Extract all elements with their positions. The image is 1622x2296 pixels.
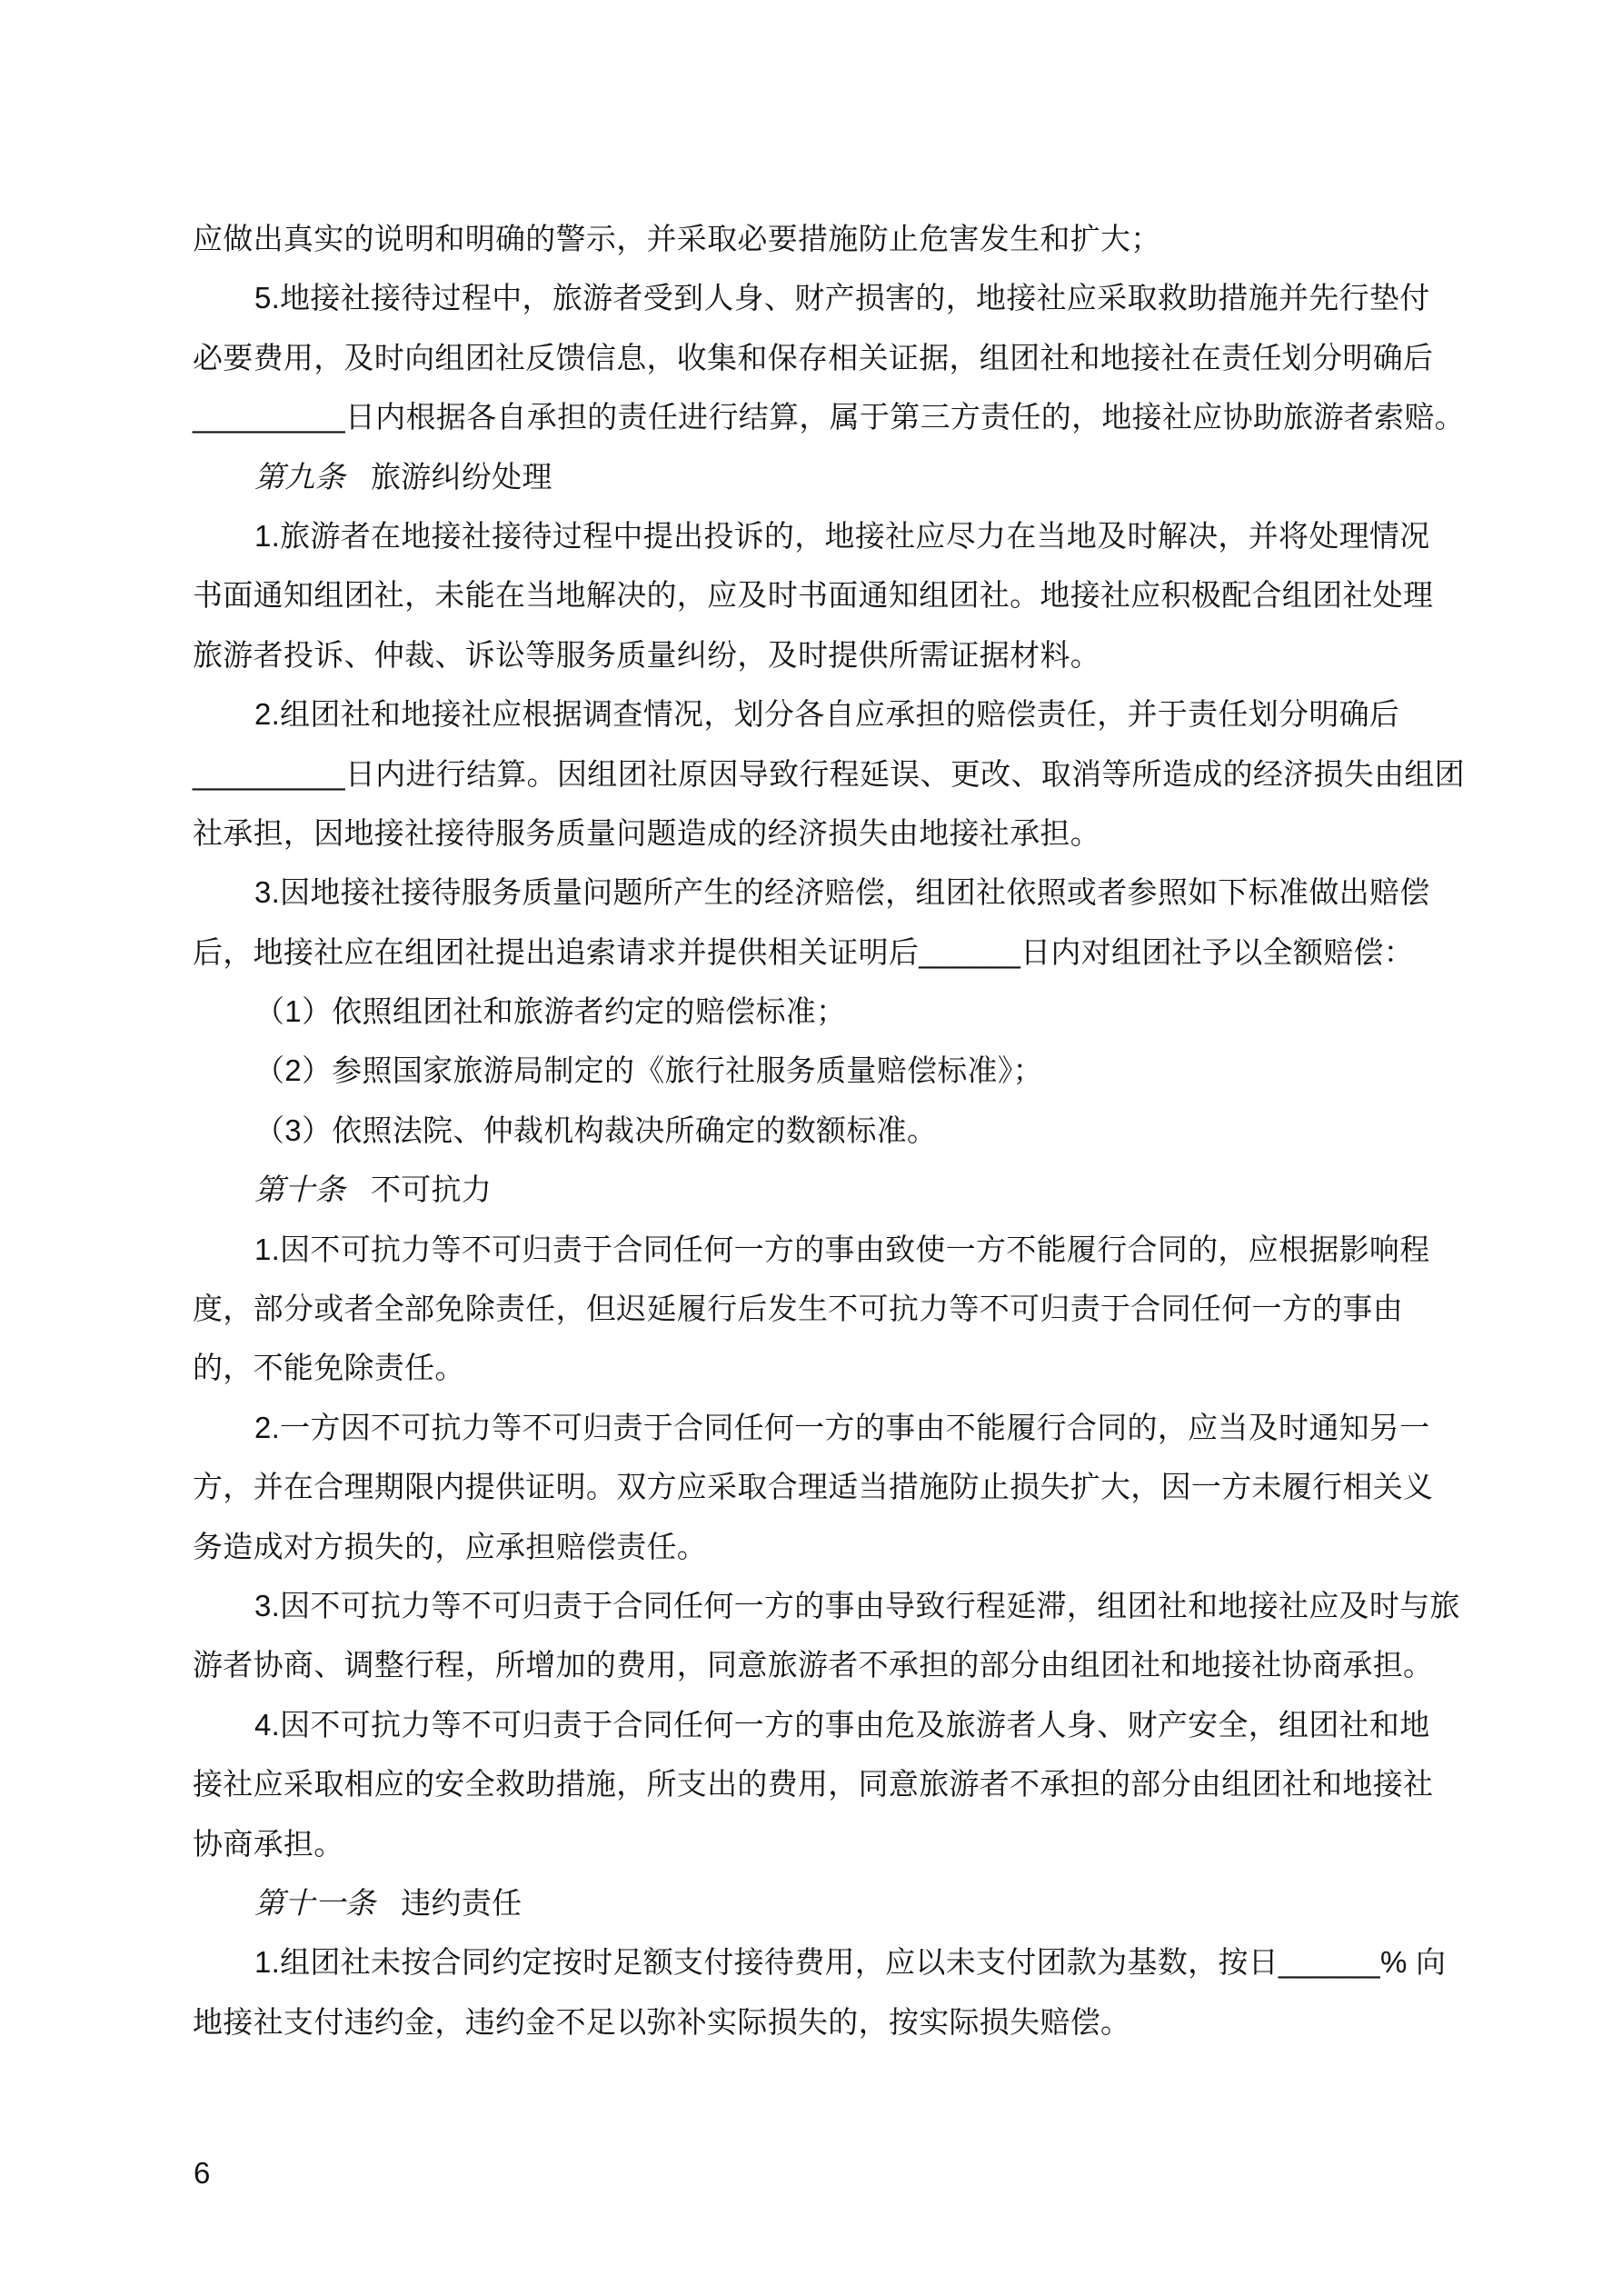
document-line: 2.组团社和地接社应根据调查情况，划分各自应承担的赔偿责任，并于责任划分明确后 [193, 684, 1433, 744]
document-line: （2）参照国家旅游局制定的《旅行社服务质量赔偿标准》； [193, 1041, 1433, 1100]
document-line: 方，并在合理期限内提供证明。双方应采取合理适当措施防止损失扩大，因一方未履行相关… [193, 1457, 1433, 1516]
document-line: 旅游者投诉、仲裁、诉讼等服务质量纠纷，及时提供所需证据材料。 [193, 625, 1433, 684]
document-line: 社承担，因地接社接待服务质量问题造成的经济损失由地接社承担。 [193, 804, 1433, 863]
article-heading: 第十条不可抗力 [193, 1160, 1433, 1219]
article-number: 第十一条 [254, 1886, 375, 1920]
document-body: 应做出真实的说明和明确的警示，并采取必要措施防止危害发生和扩大；5.地接社接待过… [193, 209, 1433, 2051]
document-line: 1.旅游者在地接社接待过程中提出投诉的，地接社应尽力在当地及时解决，并将处理情况 [193, 506, 1433, 565]
article-number: 第十条 [254, 1173, 345, 1206]
document-line: 必要费用，及时向组团社反馈信息，收集和保存相关证据，组团社和地接社在责任划分明确… [193, 328, 1433, 387]
document-line: 1.因不可抗力等不可归责于合同任何一方的事由致使一方不能履行合同的，应根据影响程 [193, 1220, 1433, 1279]
document-line: 5.地接社接待过程中，旅游者受到人身、财产损害的，地接社应采取救助措施并先行垫付 [193, 268, 1433, 327]
document-line: （1）依照组团社和旅游者约定的赔偿标准； [193, 982, 1433, 1041]
document-line: 3.因地接社接待服务质量问题所产生的经济赔偿，组团社依照或者参照如下标准做出赔偿 [193, 863, 1433, 922]
article-title: 违约责任 [401, 1886, 522, 1920]
page-number: 6 [194, 2143, 210, 2202]
document-line: 2.一方因不可抗力等不可归责于合同任何一方的事由不能履行合同的，应当及时通知另一 [193, 1398, 1433, 1457]
document-line: 度，部分或者全部免除责任，但迟延履行后发生不可抗力等不可归责于合同任何一方的事由 [193, 1279, 1433, 1338]
article-heading: 第九条旅游纠纷处理 [193, 447, 1433, 506]
document-line: 务造成对方损失的，应承担赔偿责任。 [193, 1517, 1433, 1576]
document-line: 后，地接社应在组团社提出追索请求并提供相关证明后______日内对组团社予以全额… [193, 923, 1433, 982]
article-title: 不可抗力 [371, 1173, 492, 1206]
document-line: _________日内进行结算。因组团社原因导致行程延误、更改、取消等所造成的经… [193, 744, 1433, 804]
document-line: 游者协商、调整行程，所增加的费用，同意旅游者不承担的部分由组团社和地接社协商承担… [193, 1635, 1433, 1694]
document-line: 协商承担。 [193, 1814, 1433, 1873]
document-line: （3）依照法院、仲裁机构裁决所确定的数额标准。 [193, 1101, 1433, 1160]
article-number: 第九条 [254, 460, 345, 494]
document-line: 1.组团社未按合同约定按时足额支付接待费用，应以未支付团款为基数，按日_____… [193, 1932, 1433, 1992]
document-line: 地接社支付违约金，违约金不足以弥补实际损失的，按实际损失赔偿。 [193, 1992, 1433, 2051]
article-title: 旅游纠纷处理 [371, 460, 552, 494]
article-heading: 第十一条违约责任 [193, 1873, 1433, 1932]
document-line: 3.因不可抗力等不可归责于合同任何一方的事由导致行程延滞，组团社和地接社应及时与… [193, 1576, 1433, 1635]
document-line: 书面通知组团社，未能在当地解决的，应及时书面通知组团社。地接社应积极配合组团社处… [193, 565, 1433, 624]
document-line: 的，不能免除责任。 [193, 1338, 1433, 1397]
document-line: 应做出真实的说明和明确的警示，并采取必要措施防止危害发生和扩大； [193, 209, 1433, 268]
document-line: 4.因不可抗力等不可归责于合同任何一方的事由危及旅游者人身、财产安全，组团社和地 [193, 1695, 1433, 1754]
document-line: _________日内根据各自承担的责任进行结算，属于第三方责任的，地接社应协助… [193, 387, 1433, 446]
document-line: 接社应采取相应的安全救助措施，所支出的费用，同意旅游者不承担的部分由组团社和地接… [193, 1754, 1433, 1813]
